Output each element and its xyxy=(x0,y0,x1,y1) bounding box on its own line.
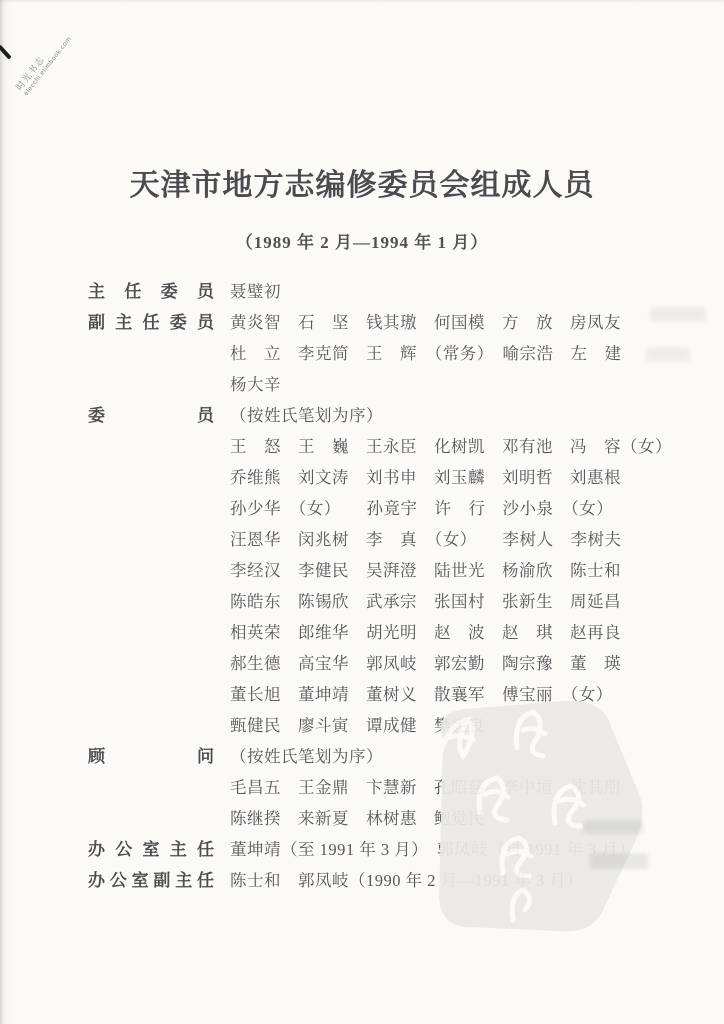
page-title: 天津市地方志编修委员会组成人员 xyxy=(0,160,724,204)
scanned-document-page: 时光书志 elecchi.etimbook.com 天津市地方志编修委员会组成人… xyxy=(0,0,724,1024)
roster-row-label: 办公室主任 xyxy=(88,834,214,865)
roster-row: 李经汉 李健民 吴湃澄 陆世光 杨渝欣 陈士和 xyxy=(88,555,684,586)
roster-row-names: 孙少华 （女） 孙竟宇 许 行 沙小泉 （女） xyxy=(230,493,613,524)
scan-top-edge-shadow xyxy=(0,0,724,3)
scanner-watermark-text: 时光书志 xyxy=(14,29,68,93)
roster-row: 相英荣 郎维华 胡光明 赵 波 赵 琪 赵再良 xyxy=(88,617,684,648)
roster-row-names: 杨大辛 xyxy=(230,369,281,400)
roster-row: 郝生德 高宝华 郭凤岐 郭宏勤 陶宗豫 董 瑛 xyxy=(88,648,684,679)
roster-row-names: 郝生德 高宝华 郭凤岐 郭宏勤 陶宗豫 董 瑛 xyxy=(230,648,621,679)
roster-row-names: 黄炎智 石 坚 钱其璈 何国模 方 放 房凤友 xyxy=(230,307,621,338)
roster-row: 汪恩华 闵兆树 李 真 （女） 李树人 李树夫 xyxy=(88,524,684,555)
roster-row-label xyxy=(88,617,214,648)
roster-row-label xyxy=(88,710,214,741)
roster-row-names: 相英荣 郎维华 胡光明 赵 波 赵 琪 赵再良 xyxy=(230,617,621,648)
calligraphy-seal-watermark xyxy=(405,698,650,938)
roster-row-label xyxy=(88,772,214,803)
roster-row: 主任委员 聂璧初 xyxy=(88,276,684,307)
roster-row-names: 陈皓东 陈锡欣 武承宗 张国村 张新生 周延昌 xyxy=(230,586,621,617)
ink-bleedthrough-smudge xyxy=(650,307,706,322)
roster-row-label xyxy=(88,369,214,400)
roster-row: 杨大辛 xyxy=(88,369,684,400)
roster-row-label xyxy=(88,431,214,462)
ink-bleedthrough-smudge xyxy=(583,820,643,834)
roster-row: 乔维熊 刘文涛 刘书申 刘玉麟 刘明哲 刘惠根 xyxy=(88,462,684,493)
roster-row: 陈皓东 陈锡欣 武承宗 张国村 张新生 周延昌 xyxy=(88,586,684,617)
roster-row: 委员 （按姓氏笔划为序） xyxy=(88,400,684,431)
page-subtitle: （1989 年 2 月—1994 年 1 月） xyxy=(0,228,724,253)
roster-row-label xyxy=(88,493,214,524)
roster-row-names: （按姓氏笔划为序） xyxy=(230,741,383,772)
ink-bleedthrough-smudge xyxy=(590,853,648,869)
roster-row-label xyxy=(88,803,214,834)
scan-left-edge-shadow xyxy=(0,0,14,1024)
roster-row-label: 办公室副主任 xyxy=(88,865,214,896)
roster-row-label: 副主任委员 xyxy=(88,307,214,338)
roster-row-names: 杜 立 李克简 王 辉 （常务） 喻宗浩 左 建 xyxy=(230,338,622,369)
roster-row-label xyxy=(88,648,214,679)
scanner-watermark: 时光书志 elecchi.etimbook.com xyxy=(14,29,74,98)
roster-row-label xyxy=(88,524,214,555)
roster-row-names: 乔维熊 刘文涛 刘书申 刘玉麟 刘明哲 刘惠根 xyxy=(230,462,621,493)
roster-row-label: 顾问 xyxy=(88,741,214,772)
roster-row: 王 怒 王 巍 王永臣 化树凯 邓有池 冯 容（女） xyxy=(88,431,684,462)
roster-row: 副主任委员 黄炎智 石 坚 钱其璈 何国模 方 放 房凤友 xyxy=(88,307,684,338)
ink-bleedthrough-smudge xyxy=(646,347,690,362)
roster-row-label xyxy=(88,555,214,586)
roster-row-label xyxy=(88,586,214,617)
roster-row-label: 主任委员 xyxy=(88,276,214,307)
roster-row: 孙少华 （女） 孙竟宇 许 行 沙小泉 （女） xyxy=(88,493,684,524)
roster-row-label xyxy=(88,679,214,710)
roster-row-label: 委员 xyxy=(88,400,214,431)
roster-row-names: 汪恩华 闵兆树 李 真 （女） 李树人 李树夫 xyxy=(230,524,622,555)
roster-row-names: 王 怒 王 巍 王永臣 化树凯 邓有池 冯 容（女） xyxy=(230,431,672,462)
roster-row-names: （按姓氏笔划为序） xyxy=(230,400,383,431)
roster-row-names: 聂璧初 xyxy=(230,276,281,307)
roster-row-label xyxy=(88,338,214,369)
roster-row-names: 李经汉 李健民 吴湃澄 陆世光 杨渝欣 陈士和 xyxy=(230,555,621,586)
roster-row-label xyxy=(88,462,214,493)
roster-row: 杜 立 李克简 王 辉 （常务） 喻宗浩 左 建 xyxy=(88,338,684,369)
